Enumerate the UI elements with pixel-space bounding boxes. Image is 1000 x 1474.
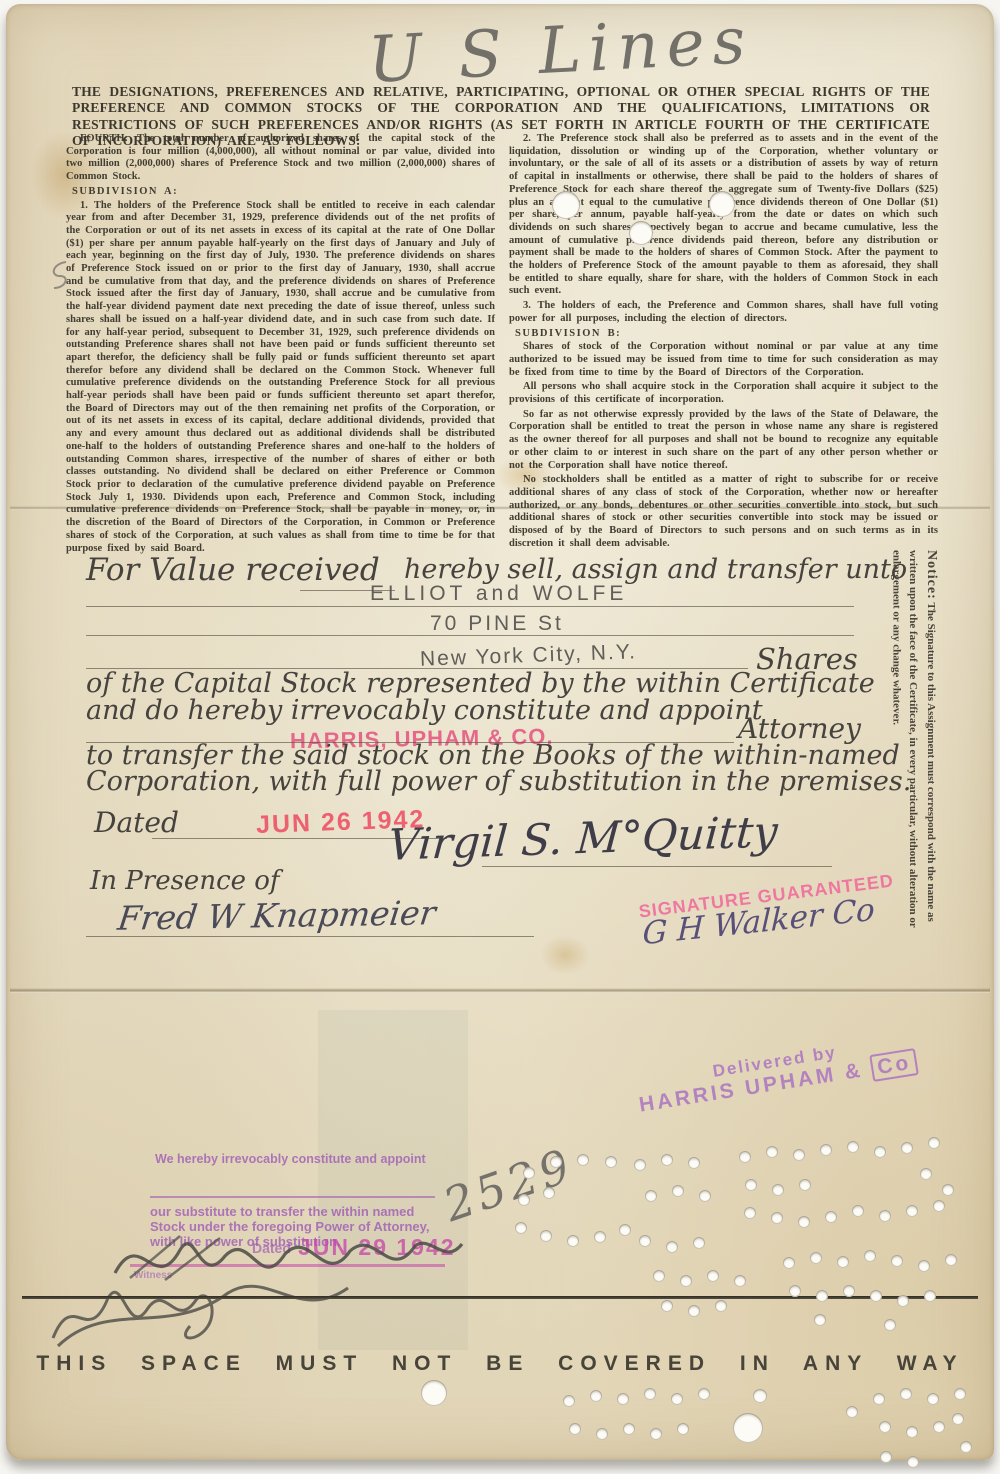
punch-hole [569, 1423, 581, 1435]
footer-rule [22, 1296, 978, 1299]
punch-hole [590, 1390, 602, 1402]
punch-hole [634, 1159, 646, 1171]
dated-label: Dated [94, 806, 179, 839]
punch-hole [873, 1393, 885, 1405]
punch-hole [816, 1290, 828, 1302]
punch-hole [744, 1207, 756, 1219]
punch-hole [789, 1285, 801, 1297]
punch-hole [901, 1142, 913, 1154]
assignment-body-line4: Corporation, with full power of substitu… [86, 766, 911, 797]
punch-hole [623, 1423, 635, 1435]
punch-hole [880, 1451, 892, 1463]
punch-hole [567, 1235, 579, 1247]
punch-hole [666, 1241, 678, 1253]
punch-hole [852, 1205, 864, 1217]
punch-hole [846, 1406, 858, 1418]
punch-hole [793, 1149, 805, 1161]
punch-hole [766, 1146, 778, 1158]
punch-hole [563, 1395, 575, 1407]
witness-signature: Fred W Knapmeier [116, 893, 438, 938]
assignee-address1-handwriting: 70 PINE St [430, 612, 564, 636]
punch-hole [798, 1216, 810, 1228]
punch-hole [954, 1388, 966, 1400]
punch-hole [709, 191, 735, 217]
punch-hole [596, 1428, 608, 1440]
punch-hole [771, 1212, 783, 1224]
punch-hole [783, 1257, 795, 1269]
punch-hole [693, 1237, 705, 1249]
pencil-margin-mark [46, 258, 76, 292]
punch-hole [540, 1230, 552, 1242]
notice-label: Notice: [924, 550, 939, 600]
punch-hole [739, 1151, 751, 1163]
sell-assign-transfer-text: hereby sell, assign and transfer unto [404, 554, 907, 585]
pencil-scrawl-signature [48, 1268, 358, 1358]
punch-hole [688, 1305, 700, 1317]
punch-hole [900, 1388, 912, 1400]
punch-hole [605, 1156, 617, 1168]
punch-hole [617, 1393, 629, 1405]
in-presence-of-label: In Presence of [90, 866, 280, 896]
punch-hole [906, 1205, 918, 1217]
punch-hole [671, 1393, 683, 1405]
punch-hole [945, 1254, 957, 1266]
punch-hole [960, 1441, 972, 1453]
legal-paragraph: SUBDIVISION B: [509, 328, 938, 341]
punch-hole [552, 191, 580, 219]
punch-hole [629, 221, 653, 245]
punch-hole [594, 1231, 606, 1243]
assignment-body-line2: and do hereby irrevocably constitute and… [86, 695, 763, 726]
punch-hole [864, 1250, 876, 1262]
punch-hole [810, 1252, 822, 1264]
legal-text-columns: FOURTH: The total number of authorized s… [66, 133, 938, 557]
legal-column-left: FOURTH: The total number of authorized s… [66, 133, 495, 557]
legal-paragraph: 1. The holders of the Preference Stock s… [66, 200, 495, 556]
punch-hole [745, 1179, 757, 1191]
punch-hole [942, 1184, 954, 1196]
legal-paragraph: All persons who shall acquire stock in t… [509, 381, 938, 406]
punch-hole [891, 1255, 903, 1267]
for-value-received-text: For Value received [86, 552, 380, 588]
stamp-rule [150, 1196, 435, 1198]
punch-hole [680, 1275, 692, 1287]
ruled-line [86, 635, 854, 636]
punch-hole [515, 1222, 527, 1234]
punch-hole [870, 1290, 882, 1302]
notice-body: The Signature to this Assignment must co… [891, 550, 938, 928]
punch-hole [645, 1190, 657, 1202]
punch-hole [734, 1275, 746, 1287]
punch-hole [884, 1319, 896, 1331]
punch-hole [820, 1144, 832, 1156]
punch-hole [928, 1137, 940, 1149]
punch-hole [619, 1224, 631, 1236]
punch-hole [672, 1185, 684, 1197]
legal-paragraph: 3. The holders of each, the Preference a… [509, 300, 938, 325]
punch-hole [543, 1187, 555, 1199]
punch-hole [814, 1314, 826, 1326]
punch-hole [644, 1388, 656, 1400]
punch-hole [577, 1154, 589, 1166]
punch-hole [952, 1413, 964, 1425]
punch-hole [879, 1210, 891, 1222]
punch-hole [933, 1421, 945, 1433]
ruled-line [86, 936, 534, 937]
legal-paragraph: No stockholders shall be entitled as a m… [509, 474, 938, 550]
punch-hole [825, 1211, 837, 1223]
punch-hole [550, 1156, 562, 1168]
punch-hole [661, 1154, 673, 1166]
punch-hole [897, 1295, 909, 1307]
punch-hole [874, 1146, 886, 1158]
assignment-notice: Notice: The Signature to this Assignment… [866, 550, 942, 952]
punch-hole [733, 1413, 763, 1443]
punch-hole [772, 1184, 784, 1196]
punch-hole [753, 1389, 767, 1403]
punch-hole [523, 1167, 535, 1179]
footer-warning-text: THIS SPACE MUST NOT BE COVERED IN ANY WA… [0, 1352, 1000, 1376]
legal-paragraph: SUBDIVISION A: [66, 186, 495, 199]
punch-hole [661, 1300, 673, 1312]
punch-hole [907, 1456, 919, 1468]
assignee-name-handwriting: ELLIOT and WOLFE [370, 582, 627, 606]
punch-hole [677, 1423, 689, 1435]
legal-paragraph: So far as not otherwise expressly provid… [509, 409, 938, 473]
ruled-line [86, 606, 854, 607]
substitute-stamp-line1: We hereby irrevocably constitute and app… [155, 1152, 426, 1166]
punch-hole [518, 1194, 530, 1206]
punch-hole [421, 1380, 447, 1406]
punch-hole [933, 1200, 945, 1212]
punch-hole [837, 1256, 849, 1268]
punch-hole [653, 1270, 665, 1282]
punch-hole [799, 1179, 811, 1191]
punch-hole [707, 1270, 719, 1282]
punch-hole [715, 1300, 727, 1312]
punch-hole [927, 1393, 939, 1405]
punch-hole [918, 1260, 930, 1272]
punch-hole [688, 1157, 700, 1169]
punch-hole [639, 1235, 651, 1247]
punch-hole [879, 1421, 891, 1433]
punch-hole [847, 1141, 859, 1153]
punch-hole [699, 1190, 711, 1202]
punch-hole [698, 1388, 710, 1400]
stock-certificate-back: U S Lines THE DESIGNATIONS, PREFERENCES … [0, 0, 1000, 1474]
punch-hole [843, 1285, 855, 1297]
punch-hole [906, 1426, 918, 1438]
punch-hole [650, 1428, 662, 1440]
legal-paragraph: FOURTH: The total number of authorized s… [66, 133, 495, 184]
legal-paragraph: Shares of stock of the Corporation witho… [509, 341, 938, 379]
ruled-line [482, 866, 832, 867]
punch-hole [924, 1290, 936, 1302]
punch-hole [920, 1168, 932, 1180]
